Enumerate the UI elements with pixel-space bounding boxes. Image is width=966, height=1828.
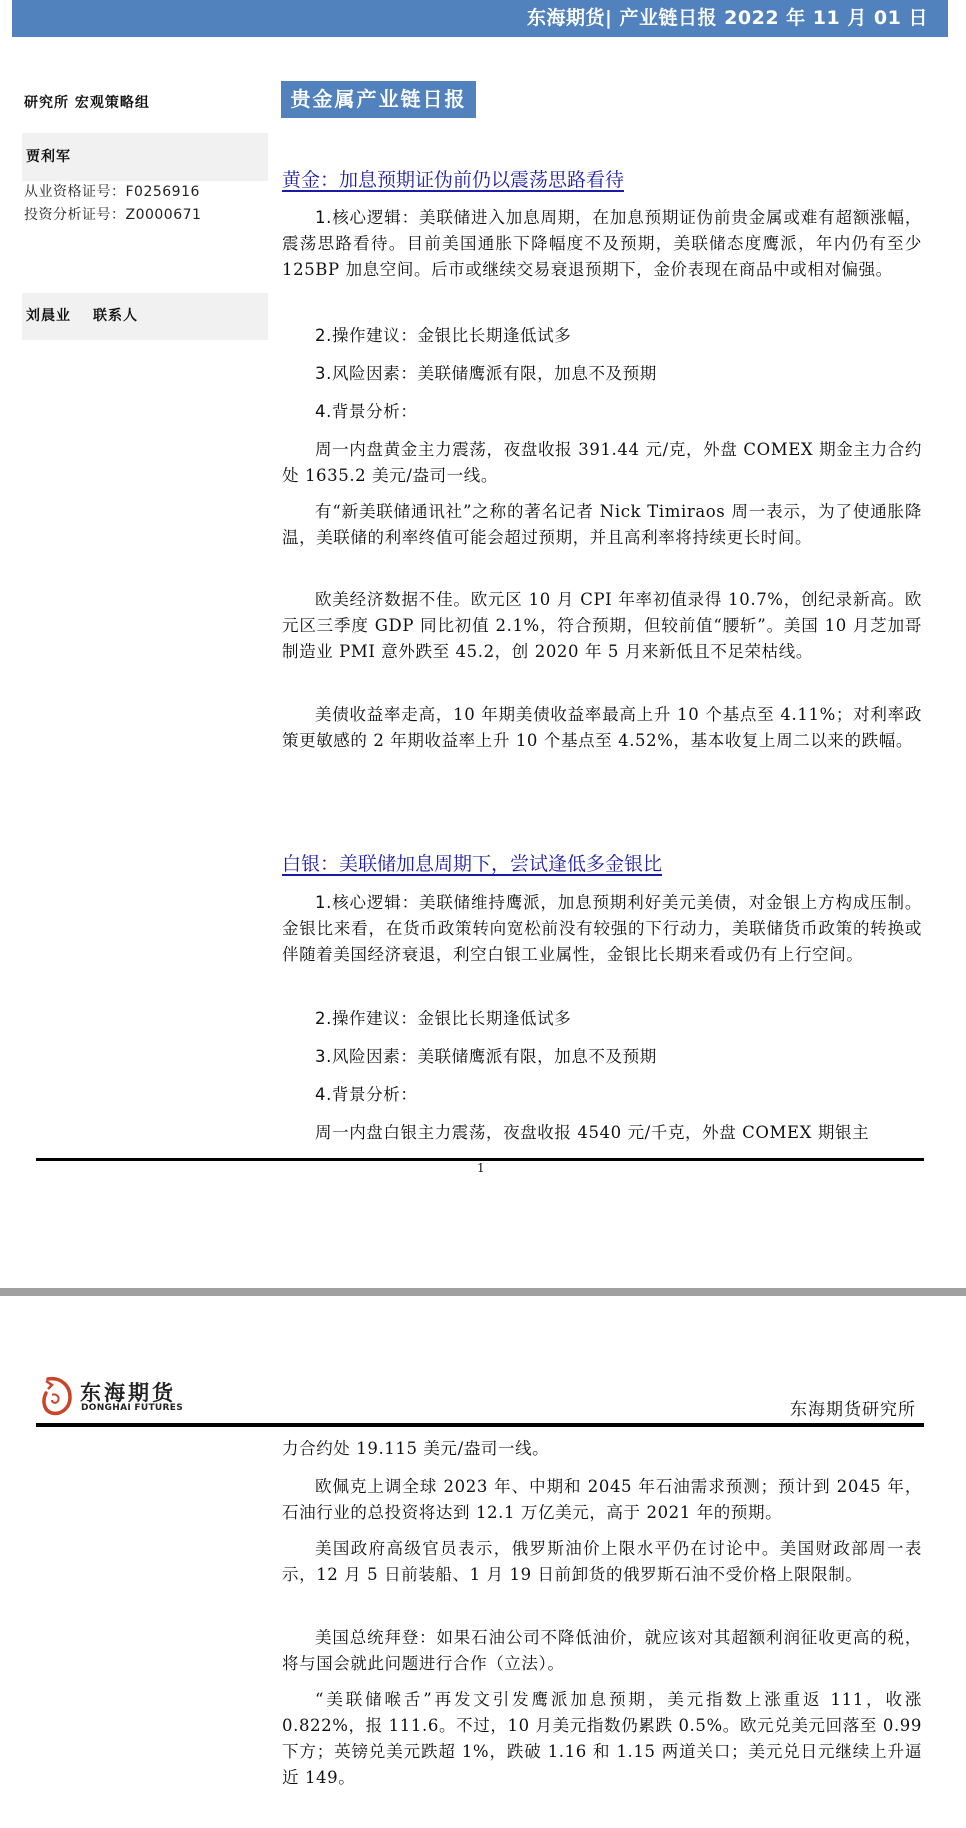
logo-english-name: DONGHAI FUTURES	[81, 1403, 183, 1413]
silver-background-paragraph: “美联储喉舌”再发文引发鹰派加息预期，美元指数上涨重返 111，收涨 0.822…	[282, 1687, 922, 1791]
silver-background-paragraph: 美国政府高级官员表示，俄罗斯油价上限水平仍在讨论中。美国财政部周一表示，12 月…	[282, 1536, 922, 1588]
page-separator	[0, 1288, 966, 1296]
company-logo: 东海期货 DONGHAI FUTURES	[40, 1375, 190, 1417]
gold-risk: 3.风险因素：美联储鹰派有限，加息不及预期	[282, 361, 922, 387]
contact-box: 刘晨业联系人	[22, 293, 268, 340]
section-title-gold[interactable]: 黄金：加息预期证伪前仍以震荡思路看待	[282, 165, 624, 192]
gold-background-paragraph: 美债收益率走高，10 年期美债收益率最高上升 10 个基点至 4.11%；对利率…	[282, 702, 922, 754]
item-text: 金银比长期逢低试多	[417, 1009, 571, 1028]
item-text: 金银比长期逢低试多	[417, 326, 571, 345]
item-label: 2.操作建议：	[315, 326, 417, 345]
item-label: 4.背景分析：	[315, 402, 417, 421]
qualification-cert: 从业资格证号：F0256916	[24, 181, 200, 201]
gold-background-paragraph: 周一内盘黄金主力震荡，夜盘收报 391.44 元/克，外盘 COMEX 期金主力…	[282, 437, 922, 489]
item-label: 1.核心逻辑：	[315, 893, 419, 912]
item-text: 美联储鹰派有限，加息不及预期	[417, 364, 656, 383]
silver-background-paragraph: 力合约处 19.115 美元/盎司一线。	[282, 1436, 922, 1462]
item-label: 3.风险因素：	[315, 1047, 417, 1066]
item-label: 4.背景分析：	[315, 1085, 417, 1104]
contact-role: 联系人	[93, 308, 138, 324]
gold-background-heading: 4.背景分析：	[282, 399, 922, 425]
item-text: 美联储鹰派有限，加息不及预期	[417, 1047, 656, 1066]
institute-name: 东海期货研究所	[790, 1395, 916, 1420]
gold-background-paragraph: 有“新美联储通讯社”之称的著名记者 Nick Timiraos 周一表示，为了使…	[282, 499, 922, 551]
silver-suggestion: 2.操作建议：金银比长期逢低试多	[282, 1006, 922, 1032]
silver-risk: 3.风险因素：美联储鹰派有限，加息不及预期	[282, 1044, 922, 1070]
dragon-logo-icon	[40, 1375, 74, 1417]
gold-suggestion: 2.操作建议：金银比长期逢低试多	[282, 323, 922, 349]
item-label: 2.操作建议：	[315, 1009, 417, 1028]
section-title-silver[interactable]: 白银：美联储加息周期下，尝试逢低多金银比	[282, 849, 662, 876]
analysis-cert: 投资分析证号：Z0000671	[24, 204, 201, 224]
analyst-name: 贾利军	[26, 149, 71, 165]
page-number-value: 1	[477, 1161, 485, 1175]
page-header-rule	[36, 1423, 924, 1427]
report-badge: 贵金属产业链日报	[281, 81, 476, 118]
report-header-bar: 东海期货| 产业链日报 2022 年 11 月 01 日	[12, 0, 948, 37]
gold-core-logic: 1.核心逻辑：美联储进入加息周期，在加息预期证伪前贵金属或难有超额涨幅，震荡思路…	[282, 205, 922, 283]
silver-core-logic: 1.核心逻辑：美联储维持鹰派，加息预期利好美元美债，对金银上方构成压制。金银比来…	[282, 890, 922, 968]
silver-background-paragraph: 美国总统拜登：如果石油公司不降低油价，就应该对其超额利润征收更高的税，将与国会就…	[282, 1625, 922, 1677]
item-label: 3.风险因素：	[315, 364, 417, 383]
item-label: 1.核心逻辑：	[315, 208, 419, 227]
gold-background-paragraph: 欧美经济数据不佳。欧元区 10 月 CPI 年率初值录得 10.7%，创纪录新高…	[282, 587, 922, 665]
contact-name: 刘晨业	[26, 308, 71, 324]
department-label: 研究所 宏观策略组	[24, 92, 150, 112]
analyst-name-box: 贾利军	[22, 133, 268, 181]
header-title: 东海期货| 产业链日报 2022 年 11 月 01 日	[527, 7, 928, 29]
silver-background-paragraph: 周一内盘白银主力震荡，夜盘收报 4540 元/千克，外盘 COMEX 期银主	[282, 1120, 922, 1146]
silver-background-heading: 4.背景分析：	[282, 1082, 922, 1108]
silver-background-paragraph: 欧佩克上调全球 2023 年、中期和 2045 年石油需求预测；预计到 2045…	[282, 1474, 922, 1526]
